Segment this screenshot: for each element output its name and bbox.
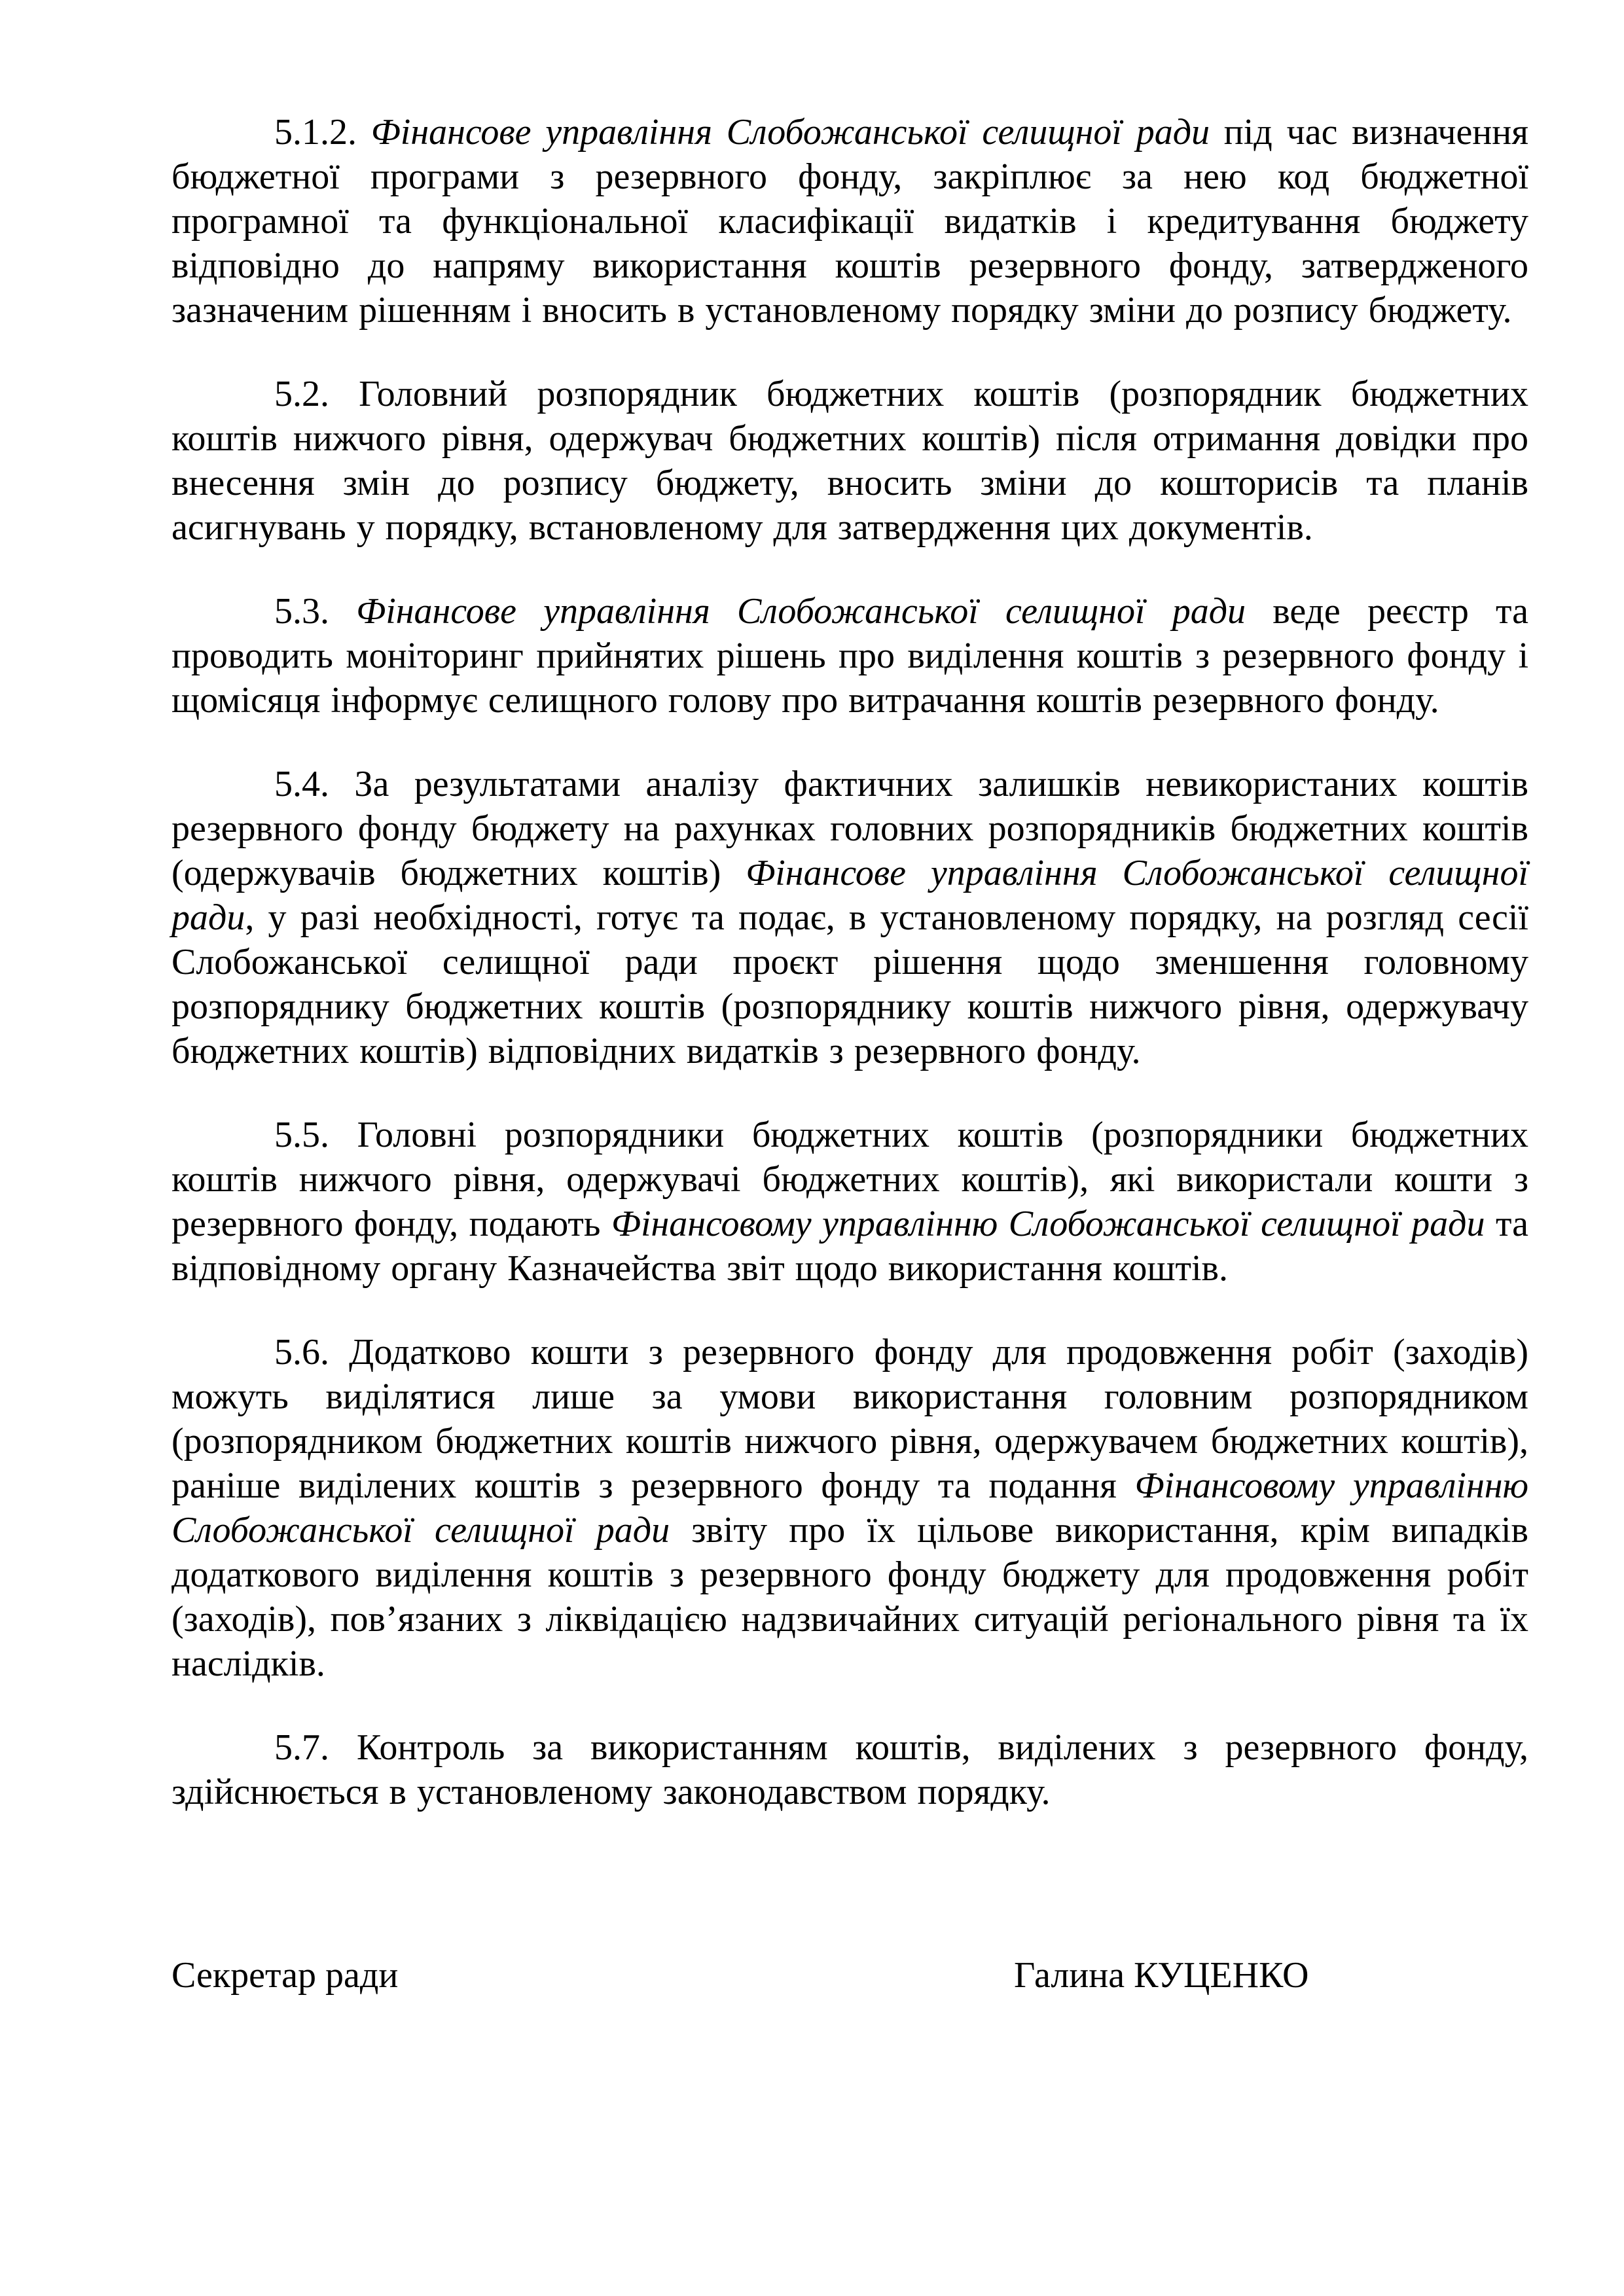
paragraph-5-5: 5.5. Головні розпорядники бюджетних кошт… — [171, 1113, 1528, 1291]
text-run: 5.2. Головний розпорядник бюджетних кошт… — [171, 374, 1528, 548]
scanned-document-page: 5.1.2. Фінансове управління Слобожансько… — [0, 0, 1624, 2296]
text-run-italic: Фінансове управління Слобожанської селищ… — [356, 591, 1246, 632]
text-run: 5.3. — [274, 591, 356, 632]
text-run: 5.1.2. — [274, 112, 371, 152]
signature-block: Секретар ради Галина КУЦЕНКО — [171, 1953, 1528, 1998]
paragraph-5-7: 5.7. Контроль за використанням коштів, в… — [171, 1725, 1528, 1814]
document-body: 5.1.2. Фінансове управління Слобожансько… — [171, 110, 1528, 1998]
paragraph-5-1-2: 5.1.2. Фінансове управління Слобожансько… — [171, 110, 1528, 332]
signature-name: Галина КУЦЕНКО — [1014, 1953, 1308, 1998]
text-run: 5.7. Контроль за використанням коштів, в… — [171, 1727, 1528, 1812]
text-run-italic: Фінансовому управлінню Слобожанської сел… — [611, 1204, 1485, 1244]
paragraph-5-2: 5.2. Головний розпорядник бюджетних кошт… — [171, 372, 1528, 550]
text-run: , у разі необхідності, готує та подає, в… — [171, 897, 1528, 1071]
paragraph-5-6: 5.6. Додатково кошти з резервного фонду … — [171, 1330, 1528, 1686]
signature-role: Секретар ради — [171, 1953, 398, 1998]
paragraph-5-4: 5.4. За результатами аналізу фактичних з… — [171, 762, 1528, 1073]
paragraph-5-3: 5.3. Фінансове управління Слобожанської … — [171, 589, 1528, 723]
text-run-italic: Фінансове управління Слобожанської селищ… — [371, 112, 1210, 152]
